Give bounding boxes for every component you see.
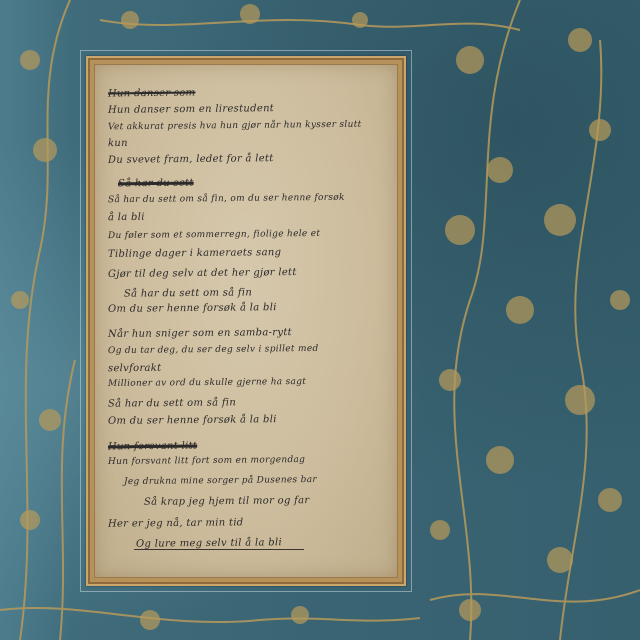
lyric-line: Og lure meg selv til å la bli <box>136 537 282 550</box>
lyric-line: Hun forsvant litt <box>108 441 197 453</box>
lyric-line: Så har du sett om så fin <box>108 397 236 409</box>
lyric-line: Millioner av ord du skulle gjerne ha sag… <box>108 377 306 389</box>
lyric-line: Så har du sett <box>118 178 194 190</box>
lyric-line: Hun danser som en lirestudent <box>108 103 274 116</box>
lyric-line: Jeg drukna mine sorger på Dusenes bar <box>124 475 317 487</box>
artwork: Hun danser som Hun danser som en lirestu… <box>0 0 640 640</box>
lyric-line: å la bli <box>108 212 145 223</box>
lyric-line: Gjør til deg selv at det her gjør lett <box>108 267 297 280</box>
lyric-line: Så krap jeg hjem til mor og far <box>144 495 310 508</box>
lyric-line: Du føler som et sommerregn, fiolige hele… <box>108 229 320 241</box>
lyric-line: Hun forsvant litt fort som en morgendag <box>108 455 305 467</box>
lyric-line: Og du tar deg, du ser deg selv i spillet… <box>108 344 319 356</box>
lyrics-sheet: Hun danser som Hun danser som en lirestu… <box>94 64 398 578</box>
lyric-line: selvforakt <box>108 363 162 375</box>
lyric-line: Her er jeg nå, tar min tid <box>108 517 244 529</box>
lyric-line: Når hun sniger som en samba-rytt <box>108 327 292 340</box>
lyric-line: Hun danser som <box>108 88 196 100</box>
lyric-line: Tiblinge dager i kameraets sang <box>108 247 281 260</box>
lyric-line: Om du ser henne forsøk å la bli <box>108 414 277 427</box>
lyric-line: Så har du sett om så fin <box>124 287 252 299</box>
lyric-line: Vet akkurat presis hva hun gjør når hun … <box>108 120 362 133</box>
lyric-line: Om du ser henne forsøk å la bli <box>108 302 277 315</box>
lyric-line: kun <box>108 138 128 149</box>
lyric-line: Så har du sett om så fin, om du ser henn… <box>108 193 345 205</box>
paper-frame: Hun danser som Hun danser som en lirestu… <box>86 56 406 586</box>
lyric-line: Du svevet fram, ledet for å lett <box>108 153 274 166</box>
closing-underline <box>134 549 304 550</box>
